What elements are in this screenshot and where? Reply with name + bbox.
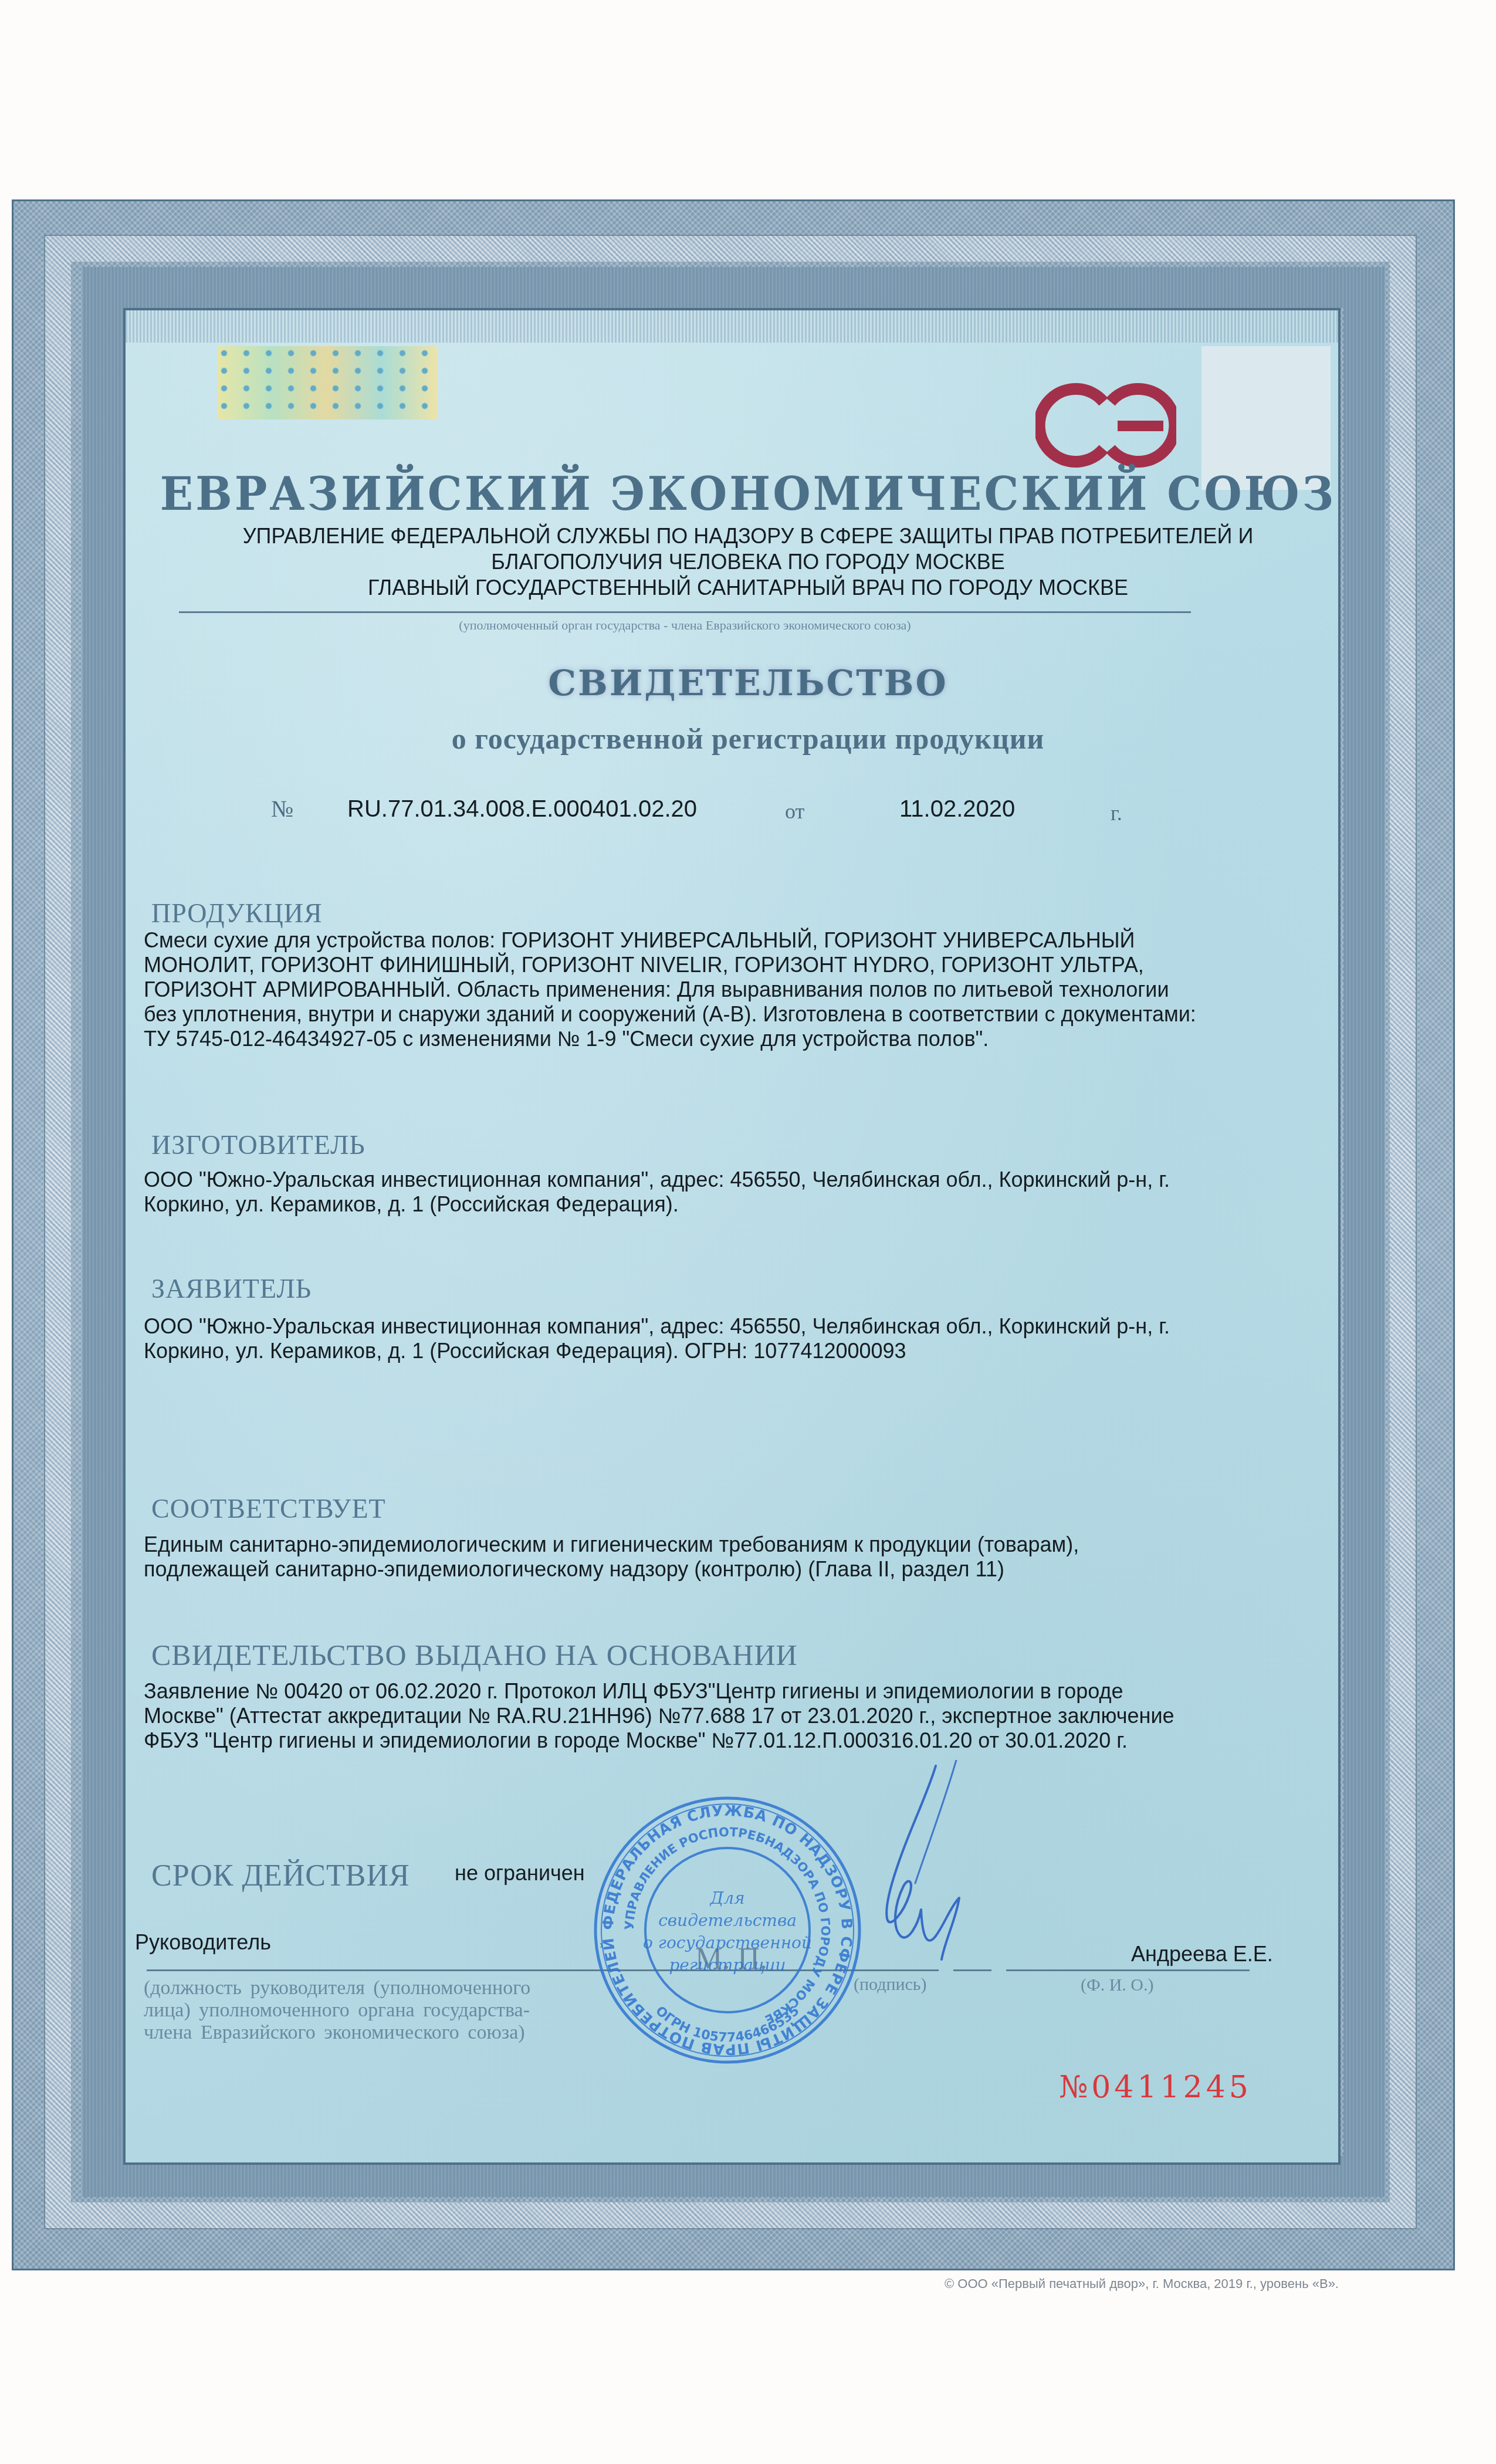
stamp-center-line: о государственной [643,1933,812,1952]
section-body-basis: Заявление № 00420 от 06.02.2020 г. Прото… [144,1679,1329,1753]
text-line: ГОРИЗОНТ АРМИРОВАННЫЙ. Область применени… [144,977,1317,1002]
text-line: Коркино, ул. Керамиков, д. 1 (Российская… [144,1192,1317,1217]
name-line [1006,1969,1250,1971]
text-line: Единым санитарно-эпидемиологическим и ги… [144,1532,1317,1557]
number-label: № [271,795,293,823]
document-title: СВИДЕТЕЛЬСТВО [147,663,1349,704]
document-subtitle: о государственной регистрации продукции [147,722,1349,756]
authority-caption: (уполномоченный орган государства - член… [179,618,1191,633]
section-heading-manufacturer: ИЗГОТОВИТЕЛЬ [151,1129,365,1160]
name-caption: (Ф. И. О.) [1081,1975,1154,1995]
stamp-center-line: свидетельства [658,1911,797,1930]
eaeu-logo-icon [1035,378,1176,472]
text-line: ООО "Южно-Уральская инвестиционная компа… [144,1167,1317,1192]
stamp-center-line: Для [709,1888,744,1908]
text-line: МОНОЛИТ, ГОРИЗОНТ ФИНИШНЫЙ, ГОРИЗОНТ NIV… [144,953,1317,977]
section-body-applicant: ООО "Южно-Уральская инвестиционная компа… [144,1314,1317,1363]
section-heading-conformity: СООТВЕТСТВУЕТ [151,1493,386,1524]
text-line: ООО "Южно-Уральская инвестиционная компа… [144,1314,1317,1339]
head-label: Руководитель [135,1930,271,1955]
union-title: ЕВРАЗИЙСКИЙ ЭКОНОМИЧЕСКИЙ СОЮЗ [147,468,1349,521]
year-label: г. [1111,801,1122,825]
registration-date: 11.02.2020 [899,796,1015,823]
authority-line: УПРАВЛЕНИЕ ФЕДЕРАЛЬНОЙ СЛУЖБЫ ПО НАДЗОРУ… [147,523,1349,549]
issuing-authority: УПРАВЛЕНИЕ ФЕДЕРАЛЬНОЙ СЛУЖБЫ ПО НАДЗОРУ… [147,523,1349,601]
printer-imprint: © ООО «Первый печатный двор», г. Москва,… [945,2276,1339,2292]
signature-icon [839,1760,991,1989]
authority-rule [179,611,1191,613]
signer-name: Андреева Е.Е. [1131,1942,1273,1967]
section-heading-product: ПРОДУКЦИЯ [151,898,323,929]
validity-heading: СРОК ДЕЙСТВИЯ [151,1859,410,1893]
registration-number: RU.77.01.34.008.Е.000401.02.20 [347,796,697,823]
text-line: без уплотнения, внутри и снаружи зданий … [144,1002,1317,1027]
authority-line: БЛАГОПОЛУЧИЯ ЧЕЛОВЕКА ПО ГОРОДУ МОСКВЕ [147,549,1349,575]
date-from-label: от [785,799,804,824]
official-seal-icon: ФЕДЕРАЛЬНАЯ СЛУЖБА ПО НАДЗОРУ В СФЕРЕ ЗА… [590,1792,865,2068]
text-line: Заявление № 00420 от 06.02.2020 г. Прото… [144,1679,1329,1704]
section-body-manufacturer: ООО "Южно-Уральская инвестиционная компа… [144,1167,1317,1217]
hologram-strip [217,346,437,419]
section-heading-applicant: ЗАЯВИТЕЛЬ [151,1273,312,1304]
section-body-conformity: Единым санитарно-эпидемиологическим и ги… [144,1532,1317,1582]
section-body-product: Смеси сухие для устройства полов: ГОРИЗО… [144,928,1317,1051]
text-line: Смеси сухие для устройства полов: ГОРИЗО… [144,928,1317,953]
panel-top-strip [126,310,1338,343]
text-line: подлежащей санитарно-эпидемиологическому… [144,1557,1317,1582]
validity-value: не ограничен [455,1861,585,1886]
text-line: ФБУЗ "Центр гигиены и эпидемиологии в го… [144,1728,1329,1753]
stamp-center-line: регистрации [669,1955,786,1975]
text-line: ТУ 5745-012-46434927-05 с изменениями № … [144,1027,1317,1051]
authority-line: ГЛАВНЫЙ ГОСУДАРСТВЕННЫЙ САНИТАРНЫЙ ВРАЧ … [147,575,1349,601]
form-serial-number: №0411245 [1059,2070,1252,2105]
text-line: Коркино, ул. Керамиков, д. 1 (Российская… [144,1339,1317,1363]
text-line: Москве" (Аттестат аккредитации № RA.RU.2… [144,1704,1329,1728]
section-heading-basis: СВИДЕТЕЛЬСТВО ВЫДАНО НА ОСНОВАНИИ [151,1638,798,1672]
